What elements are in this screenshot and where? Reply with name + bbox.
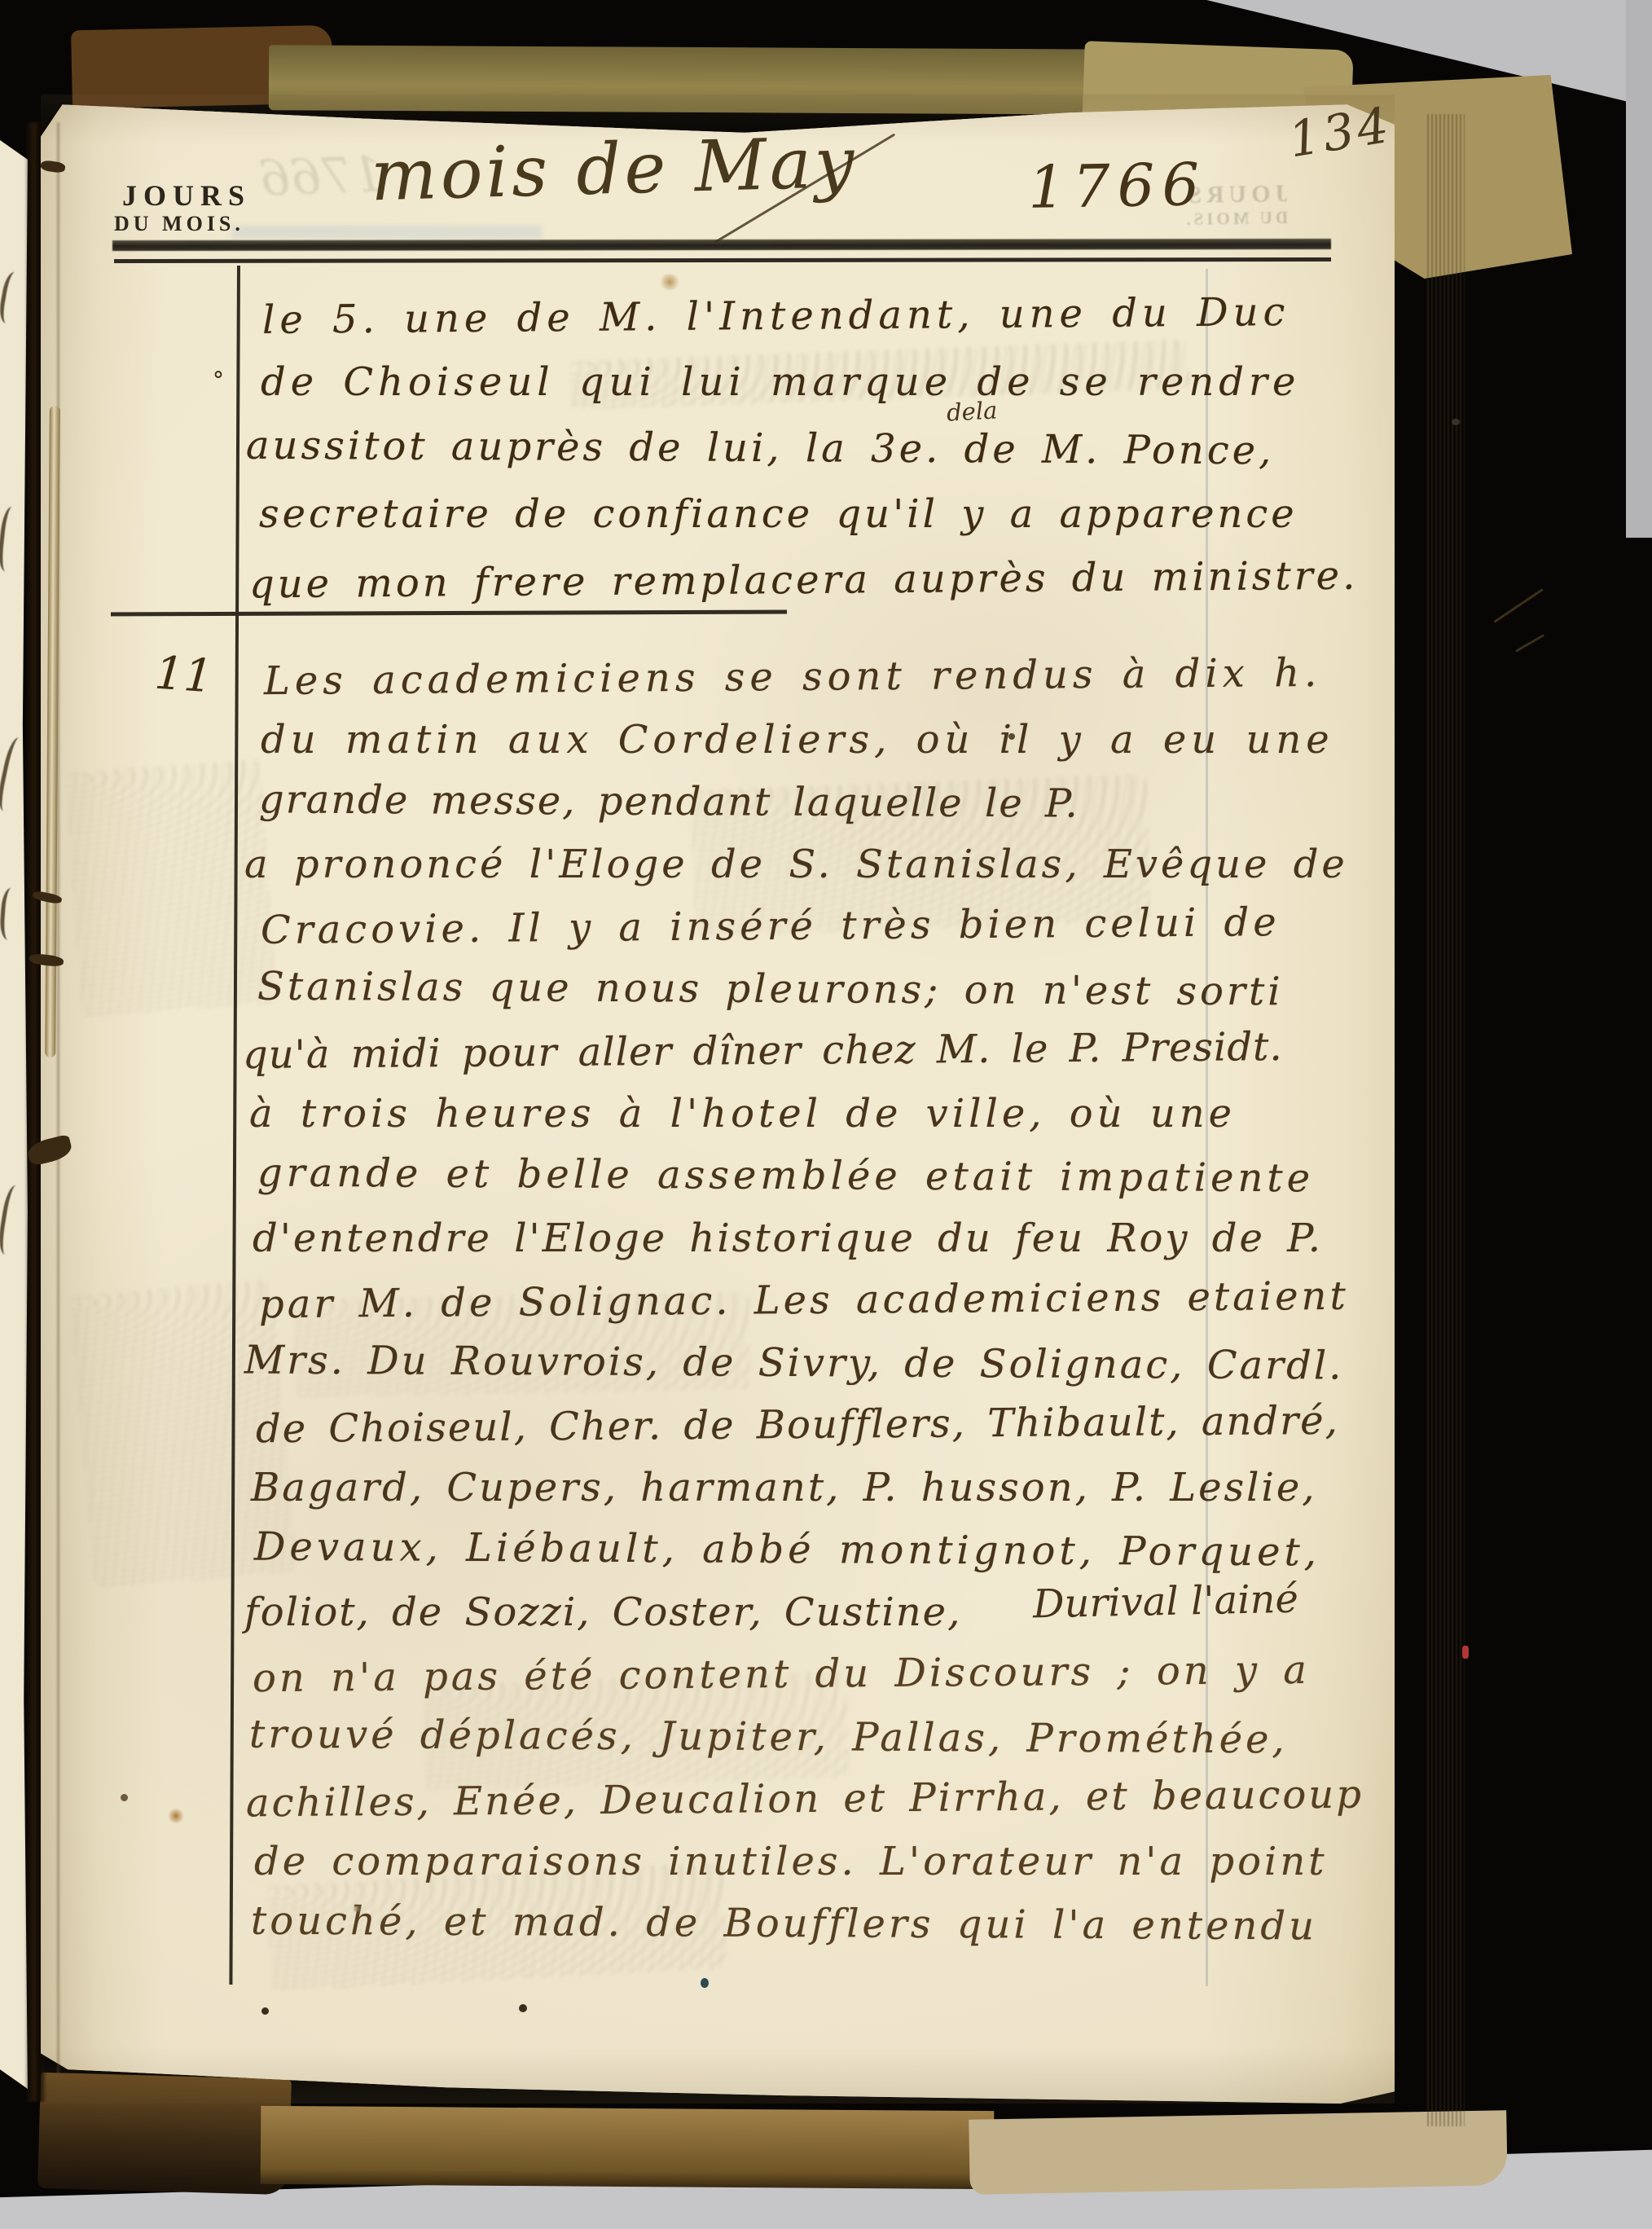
entry-line: foliot, de Sozzi, Coster, Custine, [244,1589,961,1635]
ink-speck [519,2004,527,2012]
entry-line: Stanislas que nous pleurons; on n'est so… [257,964,1284,1015]
entry-line: à trois heures à l'hotel de ville, où un… [249,1091,1236,1136]
entry-line: d'entendre l'Eloge historique du feu Roy… [253,1216,1323,1261]
ink-speck [1008,733,1015,740]
ink-speck [121,1794,128,1801]
ink-speck [1452,419,1460,425]
foxing-spot [658,274,681,290]
entry-2-text: Les academiciens se sont rendus à dix h.… [0,0,1652,2229]
entry-line: par M. de Solignac. Les academiciens eta… [259,1273,1349,1328]
entry-line: trouvé déplacés, Jupiter, Pallas, Promét… [249,1712,1288,1763]
entry-line: Mrs. Du Rouvrois, de Sivry, de Solignac,… [244,1337,1344,1388]
entry-line: touché, et mad. de Boufflers qui l'a ent… [251,1898,1317,1950]
entry-line: a prononcé l'Eloge de S. Stanislas, Evêq… [244,842,1348,887]
entry-line: Devaux, Liébault, abbé montignot, Porque… [254,1524,1320,1576]
entry-line: de comparaisons inutiles. L'orateur n'a … [254,1839,1328,1884]
entry-line: grande messe, pendant laquelle le P. [259,776,1079,826]
foxing-spot [352,1905,362,1913]
entry-line: Cracovie. Il y a inséré très bien celui … [261,899,1281,953]
entry-line: grande et belle assemblée etait impatien… [257,1150,1314,1202]
entry-line: de Choiseul, Cher. de Boufflers, Thibaul… [256,1398,1339,1452]
entry-line: on n'a pas été content du Discours ; on … [253,1647,1310,1701]
ink-speck [261,2007,269,2015]
red-speck [1462,1646,1469,1659]
entry-line: du matin aux Cordeliers, où il y a eu un… [261,717,1334,763]
entry-line: achilles, Enée, Deucalion et Pirrha, et … [246,1772,1364,1827]
entry-line: Les academiciens se sont rendus à dix h. [264,650,1322,704]
scanned-manuscript-page: 1766 JOURS DU MOIS. JOURS DU MOIS. mois … [0,0,1652,2229]
foxing-spot [167,1809,185,1823]
entry-line: qu'à midi pour aller dîner chez M. le P.… [243,1024,1283,1078]
blue-ink-dot [701,1978,709,1988]
entry-line: Bagard, Cupers, harmant, P. husson, P. L… [251,1465,1317,1510]
